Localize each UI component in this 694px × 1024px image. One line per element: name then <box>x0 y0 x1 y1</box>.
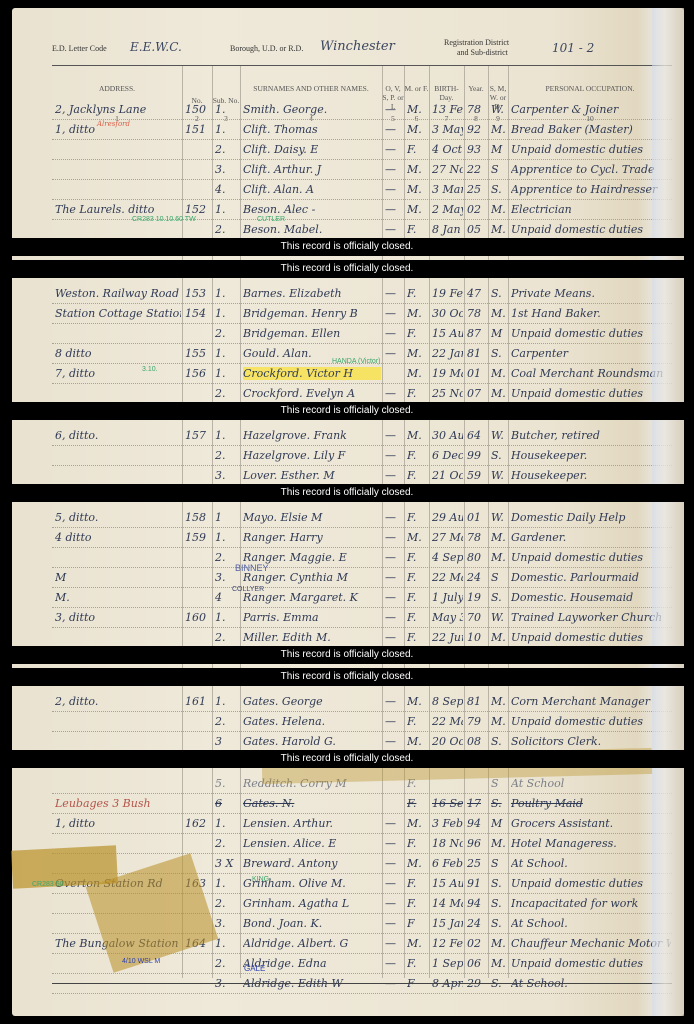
cell-occupation: Apprentice to Cycl. Trade <box>511 163 671 176</box>
cell-status: W. <box>491 103 507 116</box>
cell-sub: 1. <box>215 817 239 830</box>
cell-day: 2 May <box>432 203 463 216</box>
cell-sub: 2. <box>215 449 239 462</box>
annotation-binney: BINNEY <box>235 563 269 573</box>
cell-sex: F. <box>407 551 428 564</box>
cell-sub: 1. <box>215 531 239 544</box>
bottom-rule <box>52 983 672 984</box>
cell-sub: 3. <box>215 469 239 482</box>
cell-sched: 162 <box>185 817 211 830</box>
register-row: 1, ditto1511.Clift. Thomas—M.3 May92M.Br… <box>52 120 672 140</box>
cell-status: S <box>491 777 507 790</box>
cell-address: 2, Jacklyns Lane <box>55 103 181 116</box>
cell-occupation: Unpaid domestic duties <box>511 387 671 400</box>
annotation-alresford: Alresford <box>97 120 130 128</box>
cell-day: 22 Jan <box>432 347 463 360</box>
cell-sex: M. <box>407 695 428 708</box>
cell-sched: 156 <box>185 367 211 380</box>
register-row: 3.Clift. Arthur. J—M.27 Nov22SApprentice… <box>52 160 672 180</box>
reg-district-label-1: Registration District <box>444 38 509 47</box>
cell-name: Crockford. Victor H <box>243 367 381 380</box>
cell-sex: M. <box>407 367 428 380</box>
cell-name: Breward. Antony <box>243 857 381 870</box>
cell-ovspi: — <box>385 937 403 950</box>
cell-year: 05 <box>467 223 487 236</box>
cell-year: 94 <box>467 817 487 830</box>
cell-sex: M. <box>407 203 428 216</box>
cell-day: 12 Feb. <box>432 937 463 950</box>
cell-name: Ranger. Harry <box>243 531 381 544</box>
cell-status: S <box>491 857 507 870</box>
cell-sub: 2. <box>215 837 239 850</box>
cell-sex: M. <box>407 531 428 544</box>
cell-ovspi: — <box>385 957 403 970</box>
cell-day: May 3 <box>432 611 463 624</box>
cell-day: 3 Feb. <box>432 817 463 830</box>
cell-ovspi: — <box>385 429 403 442</box>
cell-address: 8 ditto <box>55 347 181 360</box>
register-row: 4 ditto1591.Ranger. Harry—M.27 May78M.Ga… <box>52 528 672 548</box>
cell-occupation: Unpaid domestic duties <box>511 143 671 156</box>
reg-district-value: 101 - 2 <box>552 41 594 55</box>
cell-name: Gates. Harold G. <box>243 735 381 748</box>
cell-address: 3, ditto <box>55 611 181 624</box>
cell-sub: 1. <box>215 877 239 890</box>
register-row: 3.Lover. Esther. M—F.21 Oct.59W.Housekee… <box>52 466 672 486</box>
cell-sched: 151 <box>185 123 211 136</box>
cell-sex: F <box>407 917 428 930</box>
cell-sex: M. <box>407 347 428 360</box>
closed-record-bar: This record is officially closed. <box>0 668 694 686</box>
cell-year: 91 <box>467 877 487 890</box>
cell-name: Beson. Mabel. <box>243 223 381 236</box>
closed-record-bar: This record is officially closed. <box>0 402 694 420</box>
cell-day: 19 Feb. <box>432 287 463 300</box>
cell-sub: 1. <box>215 307 239 320</box>
cell-status: M. <box>491 223 507 236</box>
cell-sub: 1. <box>215 937 239 950</box>
cell-sched: 161 <box>185 695 211 708</box>
cell-sex: F. <box>407 897 428 910</box>
cell-name: Aldridge. Albert. G <box>243 937 381 950</box>
cell-sub: 1. <box>215 103 239 116</box>
register-row: 5, ditto.1581Mayo. Elsie M—F.29 Aug01W.D… <box>52 508 672 528</box>
cell-ovspi: — <box>385 695 403 708</box>
cell-sex: F. <box>407 469 428 482</box>
cell-sex: F. <box>407 571 428 584</box>
cell-ovspi: — <box>385 143 403 156</box>
cell-sub: 3 <box>215 735 239 748</box>
cell-day: 15 Aug <box>432 327 463 340</box>
cell-sex: M. <box>407 429 428 442</box>
cell-name: Gates. Helena. <box>243 715 381 728</box>
cell-name: Clift. Thomas <box>243 123 381 136</box>
cell-name: Hazelgrove. Frank <box>243 429 381 442</box>
cell-status: S. <box>491 347 507 360</box>
closed-record-bar: This record is officially closed. <box>0 260 694 278</box>
cell-sub: 4. <box>215 183 239 196</box>
cell-address: 7, ditto <box>55 367 181 380</box>
cell-status: W. <box>491 469 507 482</box>
cell-status: S <box>491 571 507 584</box>
cell-occupation: Unpaid domestic duties <box>511 631 671 644</box>
cell-day: 6 Feb. <box>432 857 463 870</box>
cell-sex: F. <box>407 797 428 810</box>
cell-status: M. <box>491 837 507 850</box>
cell-sex: F. <box>407 957 428 970</box>
annotation-gale: GALE <box>244 964 265 973</box>
cell-occupation: Incapacitated for work <box>511 897 671 910</box>
cell-day: 8 Sept. <box>432 695 463 708</box>
cell-status: W. <box>491 429 507 442</box>
cell-sex: M. <box>407 937 428 950</box>
cell-ovspi: — <box>385 837 403 850</box>
cell-day: 20 Oct. <box>432 735 463 748</box>
cell-occupation: Solicitors Clerk. <box>511 735 671 748</box>
cell-day: 1 Sept. <box>432 957 463 970</box>
cell-year: 10 <box>467 631 487 644</box>
cell-occupation: Domestic Daily Help <box>511 511 671 524</box>
ed-letter-code-value: E.E.W.C. <box>130 40 182 54</box>
closed-record-bar: This record is officially closed. <box>0 750 694 768</box>
cell-occupation: At School. <box>511 917 671 930</box>
cell-occupation: Butcher, retired <box>511 429 671 442</box>
cell-name: Lensien. Arthur. <box>243 817 381 830</box>
cell-address: M. <box>55 591 181 604</box>
cell-name: Clift. Arthur. J <box>243 163 381 176</box>
annotation-ref-1: CR283 10.10.60 TW <box>132 216 196 223</box>
cell-sex: M. <box>407 163 428 176</box>
cell-address: 6, ditto. <box>55 429 181 442</box>
cell-ovspi: — <box>385 917 403 930</box>
annotation-ref-2: 3.10. <box>142 366 158 373</box>
cell-sex: F. <box>407 511 428 524</box>
cell-year: 25 <box>467 183 487 196</box>
cell-address: The Laurels. ditto <box>55 203 181 216</box>
cell-occupation: Unpaid domestic duties <box>511 877 671 890</box>
cell-occupation: Unpaid domestic duties <box>511 223 671 236</box>
cell-day: 22 May <box>432 571 463 584</box>
cell-sub: 1 <box>215 511 239 524</box>
cell-name: Crockford. Evelyn A <box>243 387 381 400</box>
cell-name: Clift. Daisy. E <box>243 143 381 156</box>
cell-sub: 1. <box>215 429 239 442</box>
cell-year: 78 <box>467 103 487 116</box>
cell-sex: M. <box>407 103 428 116</box>
cell-day: 25 Nov. <box>432 387 463 400</box>
cell-sex: F. <box>407 287 428 300</box>
cell-sched: 159 <box>185 531 211 544</box>
cell-address: 5, ditto. <box>55 511 181 524</box>
cell-sub: 6 <box>215 797 239 810</box>
cell-status: S. <box>491 917 507 930</box>
cell-sex: F. <box>407 143 428 156</box>
register-row: 2.Lensien. Alice. E—F.18 Nov.96M.Hotel M… <box>52 834 672 854</box>
cell-year: 78 <box>467 307 487 320</box>
cell-status: S. <box>491 287 507 300</box>
cell-sex: F. <box>407 715 428 728</box>
cell-sched: 155 <box>185 347 211 360</box>
register-row: 2, Jacklyns Lane1501.Smith. George.—M.13… <box>52 100 672 120</box>
cell-status: M. <box>491 531 507 544</box>
cell-occupation: Carpenter & Joiner <box>511 103 671 116</box>
cell-sub: 1. <box>215 611 239 624</box>
cell-name: Clift. Alan. A <box>243 183 381 196</box>
cell-sub: 2. <box>215 715 239 728</box>
cell-address: 4 ditto <box>55 531 181 544</box>
cell-status: M. <box>491 715 507 728</box>
cell-day: 13 Feb. <box>432 103 463 116</box>
census-register-page: E.D. Letter Code E.E.W.C. Borough, U.D. … <box>12 8 684 1016</box>
cell-ovspi: — <box>385 897 403 910</box>
cell-year: 19 <box>467 591 487 604</box>
cell-ovspi: — <box>385 715 403 728</box>
cell-ovspi: — <box>385 387 403 400</box>
cell-name: Lover. Esther. M <box>243 469 381 482</box>
cell-status: W. <box>491 511 507 524</box>
cell-year: 92 <box>467 123 487 136</box>
cell-address: Station Cottage Station Rd. <box>55 307 181 320</box>
register-row: Weston. Railway Road1531.Barnes. Elizabe… <box>52 284 672 304</box>
cell-ovspi: — <box>385 103 403 116</box>
register-row: 6, ditto.1571.Hazelgrove. Frank—M.30 Aug… <box>52 426 672 446</box>
cell-year: 02 <box>467 203 487 216</box>
cell-occupation: Domestic. Housemaid <box>511 591 671 604</box>
cell-status: M. <box>491 551 507 564</box>
cell-sched: 150 <box>185 103 211 116</box>
cell-year: 81 <box>467 347 487 360</box>
cell-sex: M. <box>407 183 428 196</box>
cell-sex: M. <box>407 857 428 870</box>
cell-day: 3 May <box>432 123 463 136</box>
cell-sched: 160 <box>185 611 211 624</box>
cell-ovspi: — <box>385 857 403 870</box>
cell-sub: 1. <box>215 287 239 300</box>
cell-address: Leubages 3 Bush <box>55 797 181 810</box>
cell-sched: 153 <box>185 287 211 300</box>
cell-status: M. <box>491 203 507 216</box>
cell-status: S. <box>491 877 507 890</box>
cell-occupation: Private Means. <box>511 287 671 300</box>
cell-ovspi: — <box>385 591 403 604</box>
cell-occupation: Chauffeur Mechanic Motor Works <box>511 937 671 950</box>
cell-status: S. <box>491 797 507 810</box>
cell-status: S. <box>491 591 507 604</box>
cell-ovspi: — <box>385 123 403 136</box>
cell-status: M <box>491 327 507 340</box>
cell-sex: F. <box>407 837 428 850</box>
cell-name: Hazelgrove. Lily F <box>243 449 381 462</box>
borough-label: Borough, U.D. or R.D. <box>230 44 303 53</box>
cell-year: 02 <box>467 937 487 950</box>
register-row: M.4Ranger. Margaret. K—F.1 July.19S.Dome… <box>52 588 672 608</box>
cell-occupation: Domestic. Parlourmaid <box>511 571 671 584</box>
register-row: 1, ditto1621.Lensien. Arthur.—M.3 Feb.94… <box>52 814 672 834</box>
register-row: 2.Crockford. Evelyn A—F.25 Nov.07M.Unpai… <box>52 384 672 404</box>
cell-sched: 158 <box>185 511 211 524</box>
cell-sub: 2. <box>215 223 239 236</box>
cell-year: 81 <box>467 695 487 708</box>
cell-day: 22 June <box>432 631 463 644</box>
cell-day: 16 Sept <box>432 797 463 810</box>
cell-occupation: Unpaid domestic duties <box>511 715 671 728</box>
cell-sched: 157 <box>185 429 211 442</box>
cell-day: 3 Mar. <box>432 183 463 196</box>
cell-address: 2, ditto. <box>55 695 181 708</box>
annotation-king: KING <box>252 876 269 883</box>
cell-name: Gates. George <box>243 695 381 708</box>
cell-day: 22 May <box>432 715 463 728</box>
cell-status: M <box>491 817 507 830</box>
cell-ovspi: — <box>385 531 403 544</box>
cell-sub: 1. <box>215 123 239 136</box>
cell-sex: F. <box>407 327 428 340</box>
closed-record-bar: This record is officially closed. <box>0 484 694 502</box>
register-row: 2.Bridgeman. Ellen—F.15 Aug87MUnpaid dom… <box>52 324 672 344</box>
cell-day: 27 May <box>432 531 463 544</box>
cell-address: 1, ditto <box>55 817 181 830</box>
cell-address: M <box>55 571 181 584</box>
cell-status: M. <box>491 307 507 320</box>
cell-day: 29 Aug <box>432 511 463 524</box>
page-header: E.D. Letter Code E.E.W.C. Borough, U.D. … <box>52 44 672 58</box>
cell-sex: F. <box>407 223 428 236</box>
cell-name: Beson. Alec - <box>243 203 381 216</box>
cell-name: Miller. Edith M. <box>243 631 381 644</box>
cell-sub: 2. <box>215 387 239 400</box>
cell-day: 14 Mar <box>432 897 463 910</box>
cell-occupation: Unpaid domestic duties <box>511 327 671 340</box>
cell-ovspi: — <box>385 287 403 300</box>
register-row: 2.Beson. Mabel.—F.8 Jan05M.Unpaid domest… <box>52 220 672 240</box>
cell-ovspi: — <box>385 183 403 196</box>
cell-status: W. <box>491 611 507 624</box>
cell-year: 24 <box>467 571 487 584</box>
reg-district-label-2: and Sub-district <box>457 48 508 57</box>
cell-ovspi: — <box>385 735 403 748</box>
cell-name: Smith. George. <box>243 103 381 116</box>
cell-ovspi: — <box>385 877 403 890</box>
ed-letter-code-label: E.D. Letter Code <box>52 44 107 53</box>
cell-ovspi: — <box>385 449 403 462</box>
cell-year: 01 <box>467 367 487 380</box>
cell-ovspi: — <box>385 571 403 584</box>
cell-year: 99 <box>467 449 487 462</box>
annotation-highlight-note: HANDA (Victor) <box>332 358 381 365</box>
cell-year: 06 <box>467 957 487 970</box>
cell-occupation: 1st Hand Baker. <box>511 307 671 320</box>
cell-sub: 1. <box>215 695 239 708</box>
cell-sub: 2. <box>215 897 239 910</box>
annotation-collyer: COLLYER <box>232 586 264 593</box>
register-row: Station Cottage Station Rd.1541.Bridgema… <box>52 304 672 324</box>
cell-status: S <box>491 163 507 176</box>
cell-status: M. <box>491 123 507 136</box>
cell-sub: 2. <box>215 957 239 970</box>
cell-sub: 3. <box>215 917 239 930</box>
cell-year: 96 <box>467 837 487 850</box>
cell-year: 79 <box>467 715 487 728</box>
cell-occupation: At School. <box>511 857 671 870</box>
cell-status: M. <box>491 367 507 380</box>
cell-year: 94 <box>467 897 487 910</box>
cell-sub: 1. <box>215 367 239 380</box>
cell-occupation: Bread Baker (Master) <box>511 123 671 136</box>
register-row: 3.Aldridge. Edith W—F8 Apr.29S.At School… <box>52 974 672 994</box>
cell-year: 80 <box>467 551 487 564</box>
cell-ovspi: — <box>385 163 403 176</box>
cell-address: Weston. Railway Road <box>55 287 181 300</box>
cell-name: Parris. Emma <box>243 611 381 624</box>
cell-occupation: Poultry Maid <box>511 797 671 810</box>
cell-year: 70 <box>467 611 487 624</box>
cell-status: S. <box>491 449 507 462</box>
cell-year: 87 <box>467 327 487 340</box>
cell-name: Bridgeman. Ellen <box>243 327 381 340</box>
cell-ovspi: — <box>385 327 403 340</box>
cell-ovspi: — <box>385 511 403 524</box>
cell-day: 21 Oct. <box>432 469 463 482</box>
annotation-ref-4: CR283 50 <box>32 881 64 888</box>
cell-year: 64 <box>467 429 487 442</box>
cell-day: 30 Aug <box>432 429 463 442</box>
cell-day: 15 Aug <box>432 877 463 890</box>
cell-day: 4 Oct. <box>432 143 463 156</box>
cell-sched: 152 <box>185 203 211 216</box>
cell-year: 24 <box>467 917 487 930</box>
cell-sex: M. <box>407 123 428 136</box>
cell-status: S. <box>491 735 507 748</box>
cell-ovspi: — <box>385 223 403 236</box>
cell-occupation: Housekeeper. <box>511 469 671 482</box>
cell-occupation: Trained Layworker Church <box>511 611 671 624</box>
cell-day: 30 Oct. <box>432 307 463 320</box>
cell-name: Grinham. Agatha L <box>243 897 381 910</box>
register-row: 2.Hazelgrove. Lily F—F.6 Dec.99S.Houseke… <box>52 446 672 466</box>
cell-name: Gates. N. <box>243 797 381 810</box>
cell-sex: M. <box>407 735 428 748</box>
cell-occupation: Corn Merchant Manager <box>511 695 671 708</box>
closed-record-bar: This record is officially closed. <box>0 238 694 256</box>
cell-day: 18 Nov. <box>432 837 463 850</box>
cell-ovspi: — <box>385 817 403 830</box>
cell-occupation: Apprentice to Hairdresser <box>511 183 671 196</box>
cell-name: Mayo. Elsie M <box>243 511 381 524</box>
cell-occupation: At School <box>511 777 671 790</box>
cell-occupation: Electrician <box>511 203 671 216</box>
cell-year: 01 <box>467 511 487 524</box>
cell-year: 07 <box>467 387 487 400</box>
cell-status: S. <box>491 183 507 196</box>
cell-year: 93 <box>467 143 487 156</box>
cell-year: 08 <box>467 735 487 748</box>
annotation-cutler: CUTLER <box>257 216 285 223</box>
cell-sub: 3 X <box>215 857 239 870</box>
cell-year: 78 <box>467 531 487 544</box>
cell-year: 59 <box>467 469 487 482</box>
cell-occupation: Gardener. <box>511 531 671 544</box>
cell-ovspi: — <box>385 469 403 482</box>
cell-sex: F. <box>407 449 428 462</box>
cell-sex: F. <box>407 631 428 644</box>
cell-name: Bond. Joan. K. <box>243 917 381 930</box>
cell-day: 19 May. <box>432 367 463 380</box>
cell-status: M. <box>491 695 507 708</box>
cell-day: 15 Jan <box>432 917 463 930</box>
cell-sex: M. <box>407 307 428 320</box>
cell-occupation: Hotel Manageress. <box>511 837 671 850</box>
cell-sex: M. <box>407 817 428 830</box>
